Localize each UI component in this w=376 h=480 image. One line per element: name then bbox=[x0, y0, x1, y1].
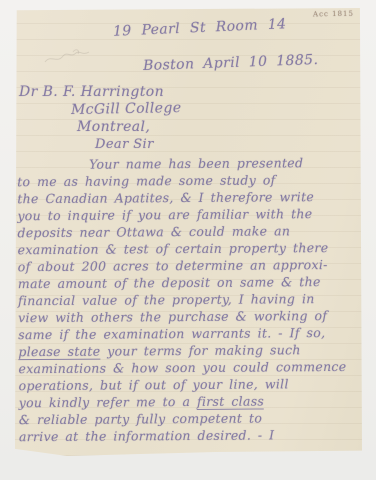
line-text: operations, but if out of your line, wil… bbox=[19, 376, 289, 393]
line-text: of about 200 acres to determine an appro… bbox=[18, 257, 328, 274]
line-text: the Canadian Apatites, & I therefore wri… bbox=[17, 189, 314, 206]
line-text: & reliable party fully competent to bbox=[19, 410, 262, 427]
recipient-city: Montreal, bbox=[77, 119, 150, 135]
letter-line: arrive at the information desired. - I bbox=[19, 426, 359, 445]
line-text: financial value of the property, I havin… bbox=[18, 291, 315, 308]
line-text: deposits near Ottawa & could make an bbox=[17, 223, 290, 240]
pencil-scribble bbox=[43, 44, 95, 70]
line-text: view with others the purchase & working … bbox=[18, 308, 327, 325]
line-text: you kindly refer me to a bbox=[19, 394, 197, 410]
dateline: Boston April 10 1885. bbox=[143, 52, 319, 74]
line-text: Your name has been presented bbox=[89, 155, 303, 171]
line-text: examination & test of certain property t… bbox=[18, 240, 329, 257]
line-text: your terms for making such bbox=[100, 342, 300, 358]
letter-line: same if the examination warrants it. - I… bbox=[18, 324, 358, 343]
line-text: same if the examination warrants it. - I… bbox=[18, 325, 325, 342]
recipient-name: Dr B. F. Harrington bbox=[19, 84, 164, 100]
line-text: examinations & how soon you could commen… bbox=[18, 359, 346, 376]
underlined-text: first class bbox=[197, 393, 264, 409]
sender-address: 19 Pearl St Room 14 bbox=[113, 16, 287, 40]
salutation: Dear Sir bbox=[95, 137, 154, 152]
archive-annotation: Acc 1815 bbox=[313, 10, 354, 19]
letter-page: Acc 1815 19 Pearl St Room 14 Boston Apri… bbox=[15, 8, 362, 456]
letter-line: examinations & how soon you could commen… bbox=[18, 358, 358, 377]
recipient-institution: McGill College bbox=[71, 100, 182, 118]
underlined-text: please state bbox=[18, 344, 100, 361]
letter-body: Your name has been presented to me as ha… bbox=[17, 154, 359, 445]
letter-line: you to inquire if you are familiar with … bbox=[17, 205, 357, 224]
line-text: mate amount of the deposit on same & the bbox=[18, 274, 321, 291]
scanner-background: Acc 1815 19 Pearl St Room 14 Boston Apri… bbox=[0, 0, 376, 480]
line-text: to me as having made some study of bbox=[17, 172, 276, 189]
line-text: arrive at the information desired. - I bbox=[19, 427, 275, 444]
line-text: you to inquire if you are familiar with … bbox=[17, 206, 312, 223]
